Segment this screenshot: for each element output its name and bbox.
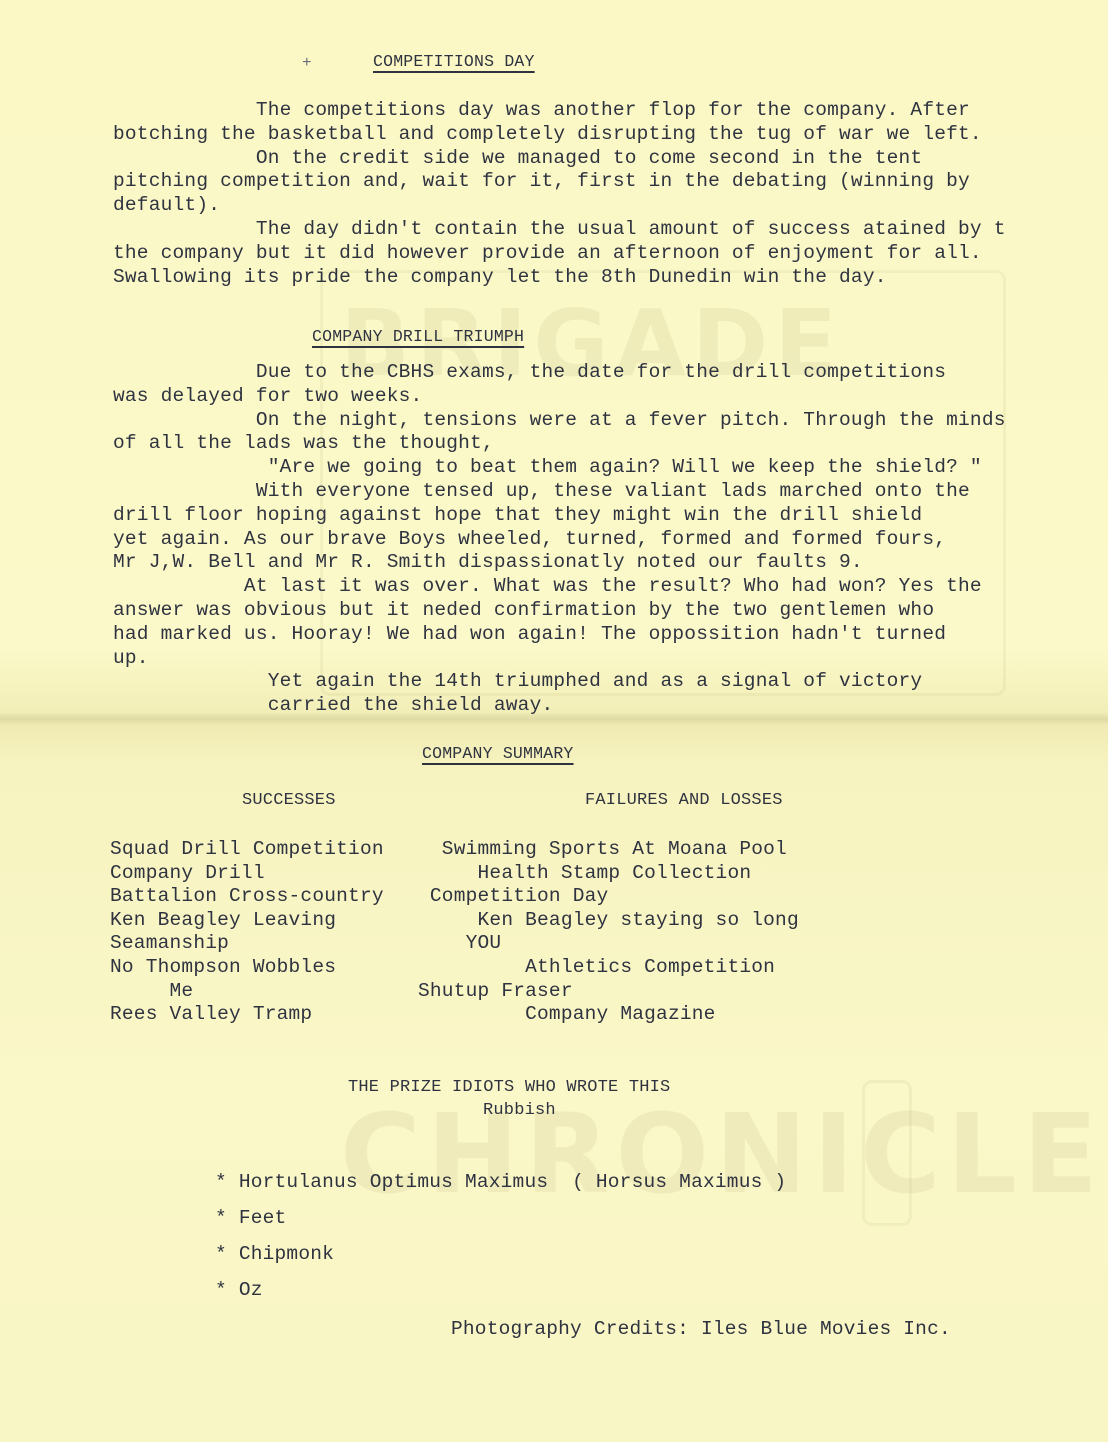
- failure-item: Competition Day: [418, 884, 608, 908]
- failure-item: Shutup Fraser: [418, 979, 573, 1003]
- success-item: Squad Drill Competition: [110, 837, 384, 861]
- asterisk-bullet-icon: *: [215, 1243, 239, 1265]
- body-line: was delayed for two weeks.: [113, 384, 422, 408]
- author-item: * Hortulanus Optimus Maximus ( Horsus Ma…: [215, 1170, 786, 1194]
- plus-mark: +: [302, 54, 312, 72]
- body-line: The day didn't contain the usual amount …: [113, 217, 1006, 241]
- success-item: Battalion Cross-country: [110, 884, 384, 908]
- author-name: Oz: [239, 1279, 263, 1301]
- failure-item: Company Magazine: [418, 1002, 716, 1026]
- heading-company-drill-triumph: COMPANY DRILL TRIUMPH: [312, 325, 524, 349]
- asterisk-bullet-icon: *: [215, 1207, 239, 1229]
- body-line: of all the lads was the thought,: [113, 431, 494, 455]
- success-item: Company Drill: [110, 861, 265, 885]
- body-line: carried the shield away.: [113, 693, 553, 717]
- failure-item: Athletics Competition: [418, 955, 775, 979]
- success-item: Rees Valley Tramp: [110, 1002, 312, 1026]
- body-line: Mr J,W. Bell and Mr R. Smith dispassiona…: [113, 550, 863, 574]
- body-line: Yet again the 14th triumphed and as a si…: [113, 669, 922, 693]
- body-line: drill floor hoping against hope that the…: [113, 503, 922, 527]
- authors-subheading: Rubbish: [483, 1099, 556, 1123]
- authors-heading: THE PRIZE IDIOTS WHO WROTE THIS: [348, 1076, 670, 1100]
- success-item: Seamanship: [110, 931, 229, 955]
- body-line: On the credit side we managed to come se…: [113, 146, 922, 170]
- body-line: had marked us. Hooray! We had won again!…: [113, 622, 946, 646]
- failure-item: YOU: [418, 931, 501, 955]
- body-line: "Are we going to beat them again? Will w…: [113, 455, 982, 479]
- success-item: Ken Beagley Leaving: [110, 908, 336, 932]
- author-item: * Chipmonk: [215, 1242, 334, 1266]
- failures-heading: FAILURES AND LOSSES: [585, 789, 783, 813]
- success-item: No Thompson Wobbles: [110, 955, 336, 979]
- body-line: botching the basketball and completely d…: [113, 122, 982, 146]
- successes-heading: SUCCESSES: [242, 789, 336, 813]
- body-line: pitching competition and, wait for it, f…: [113, 169, 970, 193]
- body-line: Due to the CBHS exams, the date for the …: [113, 360, 946, 384]
- body-line: default).: [113, 193, 220, 217]
- failure-item: Ken Beagley staying so long: [418, 908, 799, 932]
- asterisk-bullet-icon: *: [215, 1171, 239, 1193]
- body-line: up.: [113, 646, 149, 670]
- failure-item: Health Stamp Collection: [418, 861, 751, 885]
- body-line: yet again. As our brave Boys wheeled, tu…: [113, 527, 946, 551]
- success-item: Me: [110, 979, 193, 1003]
- watermark-show-through-bottom: CHRONICLE: [340, 1090, 1104, 1218]
- author-name: Feet: [239, 1207, 287, 1229]
- body-line: With everyone tensed up, these valiant l…: [113, 479, 970, 503]
- author-name: Chipmonk: [239, 1243, 334, 1265]
- heading-company-summary: COMPANY SUMMARY: [422, 742, 574, 766]
- photography-credits: Photography Credits: Iles Blue Movies In…: [451, 1317, 951, 1341]
- heading-competitions-day: COMPETITIONS DAY: [373, 50, 535, 74]
- failure-item: Swimming Sports At Moana Pool: [418, 837, 787, 861]
- body-line: answer was obvious but it neded confirma…: [113, 598, 934, 622]
- author-name: Hortulanus Optimus Maximus ( Horsus Maxi…: [239, 1171, 787, 1193]
- body-line: Swallowing its pride the company let the…: [113, 265, 887, 289]
- asterisk-bullet-icon: *: [215, 1279, 239, 1301]
- author-item: * Oz: [215, 1278, 263, 1302]
- author-item: * Feet: [215, 1206, 286, 1230]
- body-line: The competitions day was another flop fo…: [113, 98, 970, 122]
- body-line: the company but it did however provide a…: [113, 241, 982, 265]
- watermark-frame-bottom: [862, 1080, 912, 1226]
- body-line: At last it was over. What was the result…: [113, 574, 982, 598]
- body-line: On the night, tensions were at a fever p…: [113, 408, 1006, 432]
